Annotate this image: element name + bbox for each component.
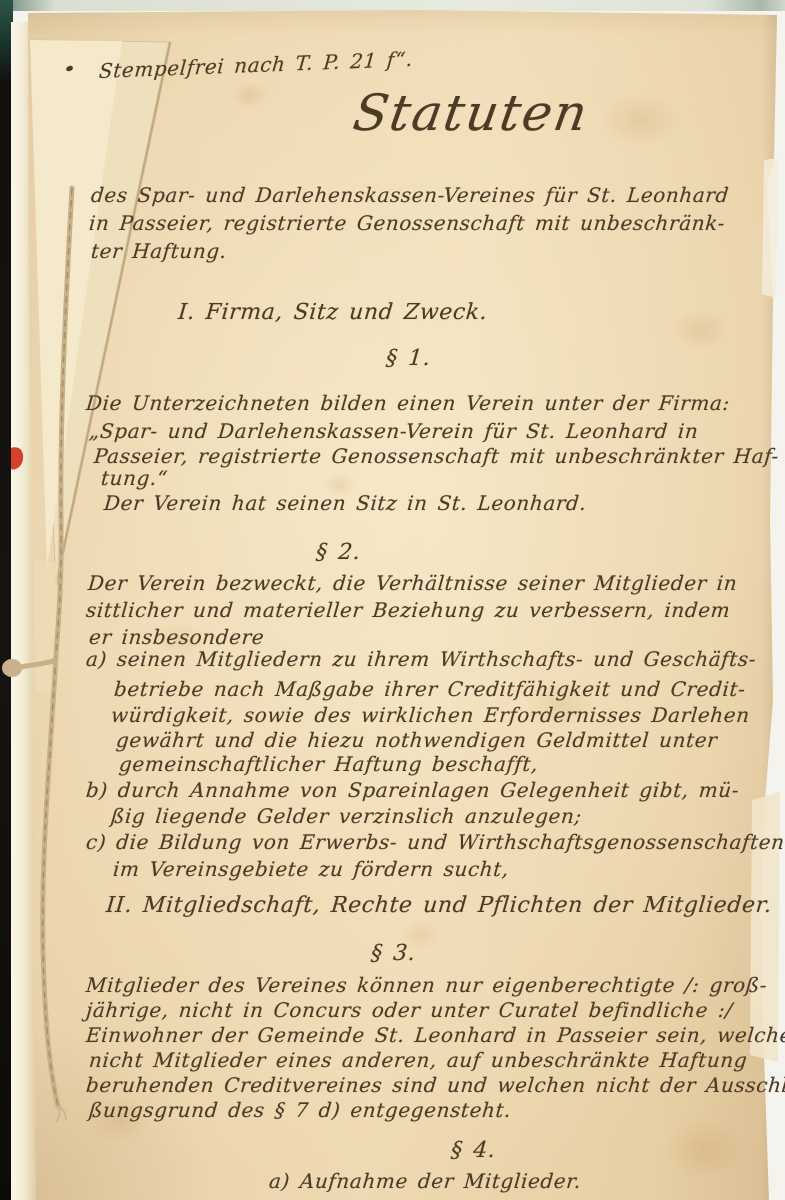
manuscript-line: Die Unterzeichneten bilden einen Verein … (85, 390, 731, 416)
manuscript-line: tung.“ (100, 465, 169, 491)
manuscript-line: im Vereinsgebiete zu fördern sucht, (112, 856, 510, 882)
section-heading: I. Firma, Sitz und Zweck. (177, 300, 488, 326)
manuscript-line: würdigkeit, sowie des wirklichen Erforde… (110, 702, 751, 728)
manuscript-line: des Spar- und Darlehenskassen-Vereines f… (90, 182, 730, 208)
paragraph-mark: § 3. (370, 941, 417, 967)
section-heading: II. Mitgliedschaft, Rechte und Pflichten… (105, 893, 773, 919)
scanned-manuscript-page: { "colors": { "paper": "#ead3aa", "ink":… (0, 0, 785, 1200)
manuscript-line: Mitglieder des Vereines können nur eigen… (85, 972, 768, 998)
manuscript-line: ßungsgrund des § 7 d) entgegensteht. (88, 1097, 512, 1123)
manuscript-line: Passeier, registrierte Genossenschaft mi… (93, 443, 780, 469)
manuscript-line: nicht Mitglieder eines anderen, auf unbe… (88, 1047, 749, 1073)
manuscript-line: ter Haftung. (90, 238, 228, 264)
document-title: Statuten (352, 100, 590, 126)
manuscript-line: „Spar- und Darlehenskassen-Verein für St… (88, 418, 700, 444)
manuscript-line: a) seinen Mitgliedern zu ihrem Wirthscha… (85, 646, 757, 672)
paragraph-mark: § 2. (315, 540, 362, 566)
stamp-exemption-note: Stempelfrei nach T. P. 21 f“. (98, 46, 414, 84)
manuscript-line: b) durch Annahme von Spareinlagen Gelege… (85, 777, 740, 803)
manuscript-line: gewährt und die hiezu nothwendigen Geldm… (115, 727, 719, 753)
subsection-heading: a) Aufnahme der Mitglieder. (268, 1168, 582, 1194)
paragraph-mark: § 4. (450, 1138, 497, 1164)
manuscript-text: Stempelfrei nach T. P. 21 f“. Statuten d… (0, 0, 785, 1200)
manuscript-line: betriebe nach Maßgabe ihrer Creditfähigk… (113, 676, 747, 702)
manuscript-line: in Passeier, registrierte Genossenschaft… (88, 210, 726, 236)
manuscript-line: gemeinschaftlicher Haftung beschafft, (118, 751, 539, 777)
manuscript-line: ßig liegende Gelder verzinslich anzulege… (110, 803, 583, 829)
manuscript-line: Der Verein bezweckt, die Verhältnisse se… (87, 570, 738, 596)
manuscript-line: Einwohner der Gemeinde St. Leonhard in P… (85, 1022, 785, 1048)
paragraph-mark: § 1. (385, 346, 432, 372)
manuscript-line: beruhenden Creditvereines sind und welch… (85, 1072, 785, 1098)
manuscript-line: Der Verein hat seinen Sitz in St. Leonha… (103, 490, 588, 516)
manuscript-line: jährige, nicht in Concurs oder unter Cur… (85, 997, 734, 1023)
manuscript-line: c) die Bildung von Erwerbs- und Wirthsch… (85, 829, 785, 855)
manuscript-line: sittlicher und materieller Beziehung zu … (85, 597, 731, 623)
